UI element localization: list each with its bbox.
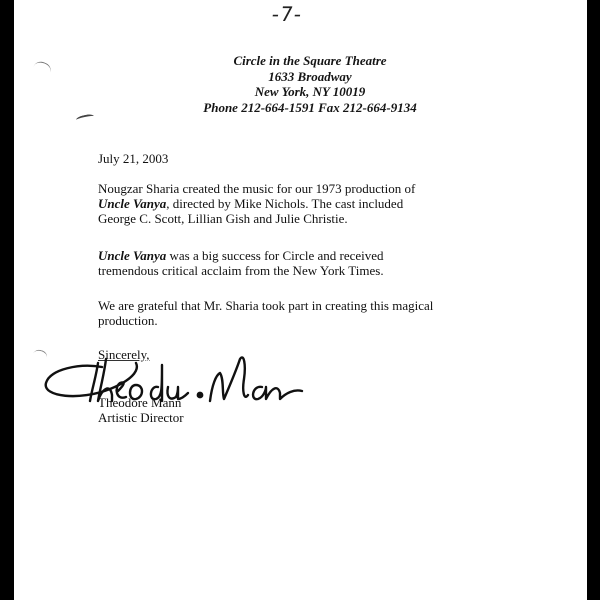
production-title: Uncle Vanya xyxy=(98,196,166,211)
letterhead-city: New York, NY 10019 xyxy=(190,84,430,100)
handwritten-page-number: -7- xyxy=(270,2,304,26)
body-paragraph-2: Uncle Vanya was a big success for Circle… xyxy=(98,248,438,278)
scan-mark xyxy=(31,59,53,79)
scan-border-left xyxy=(0,0,14,600)
scan-border-right xyxy=(587,0,600,600)
letterhead-organization: Circle in the Square Theatre xyxy=(190,53,430,69)
signer-title: Artistic Director xyxy=(98,410,184,426)
body-paragraph-3: We are grateful that Mr. Sharia took par… xyxy=(98,298,438,328)
letter-date: July 21, 2003 xyxy=(98,151,168,167)
production-title: Uncle Vanya xyxy=(98,248,166,263)
letterhead-street: 1633 Broadway xyxy=(190,69,430,85)
letterhead: Circle in the Square Theatre 1633 Broadw… xyxy=(190,53,430,115)
signer-name: Theodore Mann xyxy=(98,395,181,411)
scan-mark xyxy=(76,113,95,123)
letterhead-phone-fax: Phone 212-664-1591 Fax 212-664-9134 xyxy=(164,100,456,116)
scanned-letter-page: -7- Circle in the Square Theatre 1633 Br… xyxy=(0,0,600,600)
paragraph-text: Nougzar Sharia created the music for our… xyxy=(98,181,415,196)
body-paragraph-1: Nougzar Sharia created the music for our… xyxy=(98,181,438,226)
